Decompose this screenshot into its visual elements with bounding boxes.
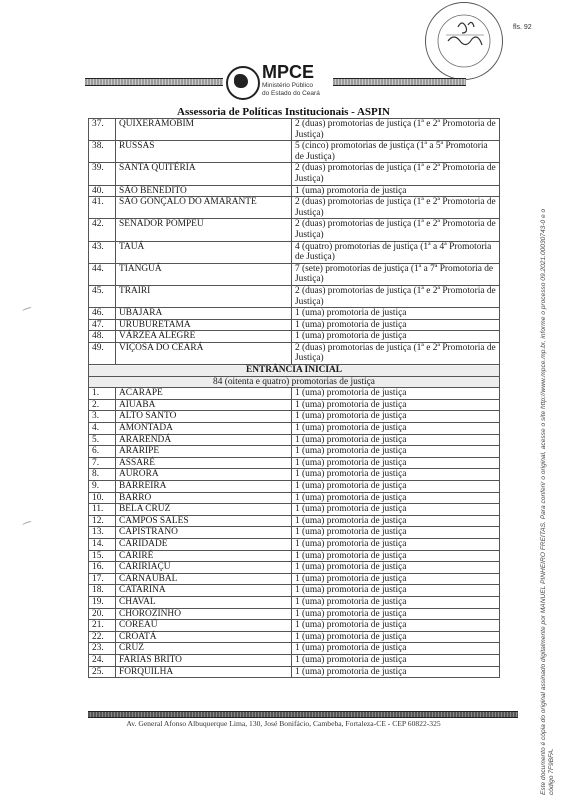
table-row: 4.AMONTADA1 (uma) promotoria de justiça xyxy=(89,423,500,435)
table-row: 5.ARARENDÁ1 (uma) promotoria de justiça xyxy=(89,434,500,446)
promotoria-count: 1 (uma) promotoria de justiça xyxy=(292,481,500,493)
table-row: 25.FORQUILHA1 (uma) promotoria de justiç… xyxy=(89,666,500,678)
row-number: 3. xyxy=(89,411,116,423)
promotoria-count: 2 (duas) promotorias de justiça (1ª e 2ª… xyxy=(292,219,500,241)
municipality-name: CARIRIAÇU xyxy=(116,562,292,574)
row-number: 23. xyxy=(89,643,116,655)
promotoria-count: 1 (uma) promotoria de justiça xyxy=(292,185,500,197)
row-number: 20. xyxy=(89,608,116,620)
stamp-signature-icon xyxy=(426,3,502,79)
row-number: 37. xyxy=(89,119,116,141)
row-number: 25. xyxy=(89,666,116,678)
municipality-name: SANTA QUITÉRIA xyxy=(116,163,292,185)
row-number: 1. xyxy=(89,388,116,400)
promotoria-count: 1 (uma) promotoria de justiça xyxy=(292,504,500,516)
signature-note-line-1: Este documento é cópia do original assin… xyxy=(540,65,548,795)
row-number: 45. xyxy=(89,285,116,307)
municipality-name: VIÇOSA DO CEARÁ xyxy=(116,342,292,364)
table-row: 1.ACARAPE1 (uma) promotoria de justiça xyxy=(89,388,500,400)
promotoria-count: 1 (uma) promotoria de justiça xyxy=(292,411,500,423)
table-row: 38.RUSSAS5 (cinco) promotorias de justiç… xyxy=(89,141,500,163)
table-row: 3.ALTO SANTO1 (uma) promotoria de justiç… xyxy=(89,411,500,423)
municipality-name: AMONTADA xyxy=(116,423,292,435)
municipality-name: CARNAUBAL xyxy=(116,573,292,585)
promotoria-count: 1 (uma) promotoria de justiça xyxy=(292,573,500,585)
promotoria-count: 2 (duas) promotorias de justiça (1ª e 2ª… xyxy=(292,342,500,364)
row-number: 24. xyxy=(89,654,116,666)
margin-mark xyxy=(22,306,32,312)
municipality-name: CAMPOS SALES xyxy=(116,515,292,527)
promotoria-count: 1 (uma) promotoria de justiça xyxy=(292,620,500,632)
section-subtitle-row: 84 (oitenta e quatro) promotorias de jus… xyxy=(89,376,500,388)
row-number: 18. xyxy=(89,585,116,597)
municipality-name: CATARINA xyxy=(116,585,292,597)
row-number: 39. xyxy=(89,163,116,185)
promotoria-count: 2 (duas) promotorias de justiça (1ª e 2ª… xyxy=(292,119,500,141)
promotorias-table: 37.QUIXERAMOBIM2 (duas) promotorias de j… xyxy=(88,118,500,678)
protocol-stamp xyxy=(425,2,503,80)
digital-signature-note: Este documento é cópia do original assin… xyxy=(540,65,556,795)
mpce-logo: MPCE Ministério Público do Estado do Cea… xyxy=(226,64,336,104)
promotoria-count: 1 (uma) promotoria de justiça xyxy=(292,550,500,562)
table-row: 14.CARIDADE1 (uma) promotoria de justiça xyxy=(89,538,500,550)
table-row: 39.SANTA QUITÉRIA2 (duas) promotorias de… xyxy=(89,163,500,185)
promotoria-count: 1 (uma) promotoria de justiça xyxy=(292,515,500,527)
municipality-name: TAUÁ xyxy=(116,241,292,263)
table-row: 8.AURORA1 (uma) promotoria de justiça xyxy=(89,469,500,481)
folio-number: fls. 92 xyxy=(513,24,532,31)
row-number: 16. xyxy=(89,562,116,574)
municipality-name: UBAJARA xyxy=(116,308,292,320)
table-row: 23.CRUZ1 (uma) promotoria de justiça xyxy=(89,643,500,655)
table-row: 37.QUIXERAMOBIM2 (duas) promotorias de j… xyxy=(89,119,500,141)
footer-address: Av. General Afonso Albuquerque Lima, 130… xyxy=(0,719,567,728)
municipality-name: VÁRZEA ALEGRE xyxy=(116,331,292,343)
municipality-name: CROATÁ xyxy=(116,631,292,643)
municipality-name: COREAÚ xyxy=(116,620,292,632)
row-number: 48. xyxy=(89,331,116,343)
scales-emblem-icon xyxy=(226,66,260,100)
municipality-name: CRUZ xyxy=(116,643,292,655)
row-number: 47. xyxy=(89,319,116,331)
promotoria-count: 1 (uma) promotoria de justiça xyxy=(292,308,500,320)
row-number: 8. xyxy=(89,469,116,481)
municipality-name: CAPISTRANO xyxy=(116,527,292,539)
section-title-row: ENTRÂNCIA INICIAL xyxy=(89,365,500,377)
municipality-name: SENADOR POMPEU xyxy=(116,219,292,241)
promotoria-count: 1 (uma) promotoria de justiça xyxy=(292,631,500,643)
promotoria-count: 1 (uma) promotoria de justiça xyxy=(292,457,500,469)
municipality-name: CARIRÉ xyxy=(116,550,292,562)
table-row: 15.CARIRÉ1 (uma) promotoria de justiça xyxy=(89,550,500,562)
promotoria-count: 2 (duas) promotorias de justiça (1ª e 2ª… xyxy=(292,285,500,307)
municipality-name: TIANGUÁ xyxy=(116,263,292,285)
municipality-name: ASSARÉ xyxy=(116,457,292,469)
table-row: 43.TAUÁ4 (quatro) promotorias de justiça… xyxy=(89,241,500,263)
row-number: 4. xyxy=(89,423,116,435)
header-rule-right xyxy=(333,78,466,86)
signature-note-line-2: código 7F9BFA. xyxy=(548,65,556,795)
table-row: 18.CATARINA1 (uma) promotoria de justiça xyxy=(89,585,500,597)
promotoria-count: 1 (uma) promotoria de justiça xyxy=(292,666,500,678)
table-row: 40.SÃO BENEDITO1 (uma) promotoria de jus… xyxy=(89,185,500,197)
row-number: 41. xyxy=(89,197,116,219)
table-row: 16.CARIRIAÇU1 (uma) promotoria de justiç… xyxy=(89,562,500,574)
promotoria-count: 1 (uma) promotoria de justiça xyxy=(292,399,500,411)
promotoria-count: 1 (uma) promotoria de justiça xyxy=(292,654,500,666)
row-number: 11. xyxy=(89,504,116,516)
table-row: 13.CAPISTRANO1 (uma) promotoria de justi… xyxy=(89,527,500,539)
table-row: 6.ARARIPE1 (uma) promotoria de justiça xyxy=(89,446,500,458)
municipality-name: ALTO SANTO xyxy=(116,411,292,423)
row-number: 15. xyxy=(89,550,116,562)
promotoria-count: 1 (uma) promotoria de justiça xyxy=(292,434,500,446)
promotoria-count: 1 (uma) promotoria de justiça xyxy=(292,585,500,597)
promotoria-count: 1 (uma) promotoria de justiça xyxy=(292,562,500,574)
table-row: 41.SÃO GONÇALO DO AMARANTE2 (duas) promo… xyxy=(89,197,500,219)
logo-subtitle-1: Ministério Público xyxy=(262,82,313,89)
municipality-name: AIUABA xyxy=(116,399,292,411)
municipality-name: ACARAPE xyxy=(116,388,292,400)
table-row: 24.FARIAS BRITO1 (uma) promotoria de jus… xyxy=(89,654,500,666)
row-number: 14. xyxy=(89,538,116,550)
municipality-name: CHAVAL xyxy=(116,596,292,608)
logo-title: MPCE xyxy=(262,62,314,83)
table-row: 48.VÁRZEA ALEGRE1 (uma) promotoria de ju… xyxy=(89,331,500,343)
promotoria-count: 1 (uma) promotoria de justiça xyxy=(292,423,500,435)
row-number: 40. xyxy=(89,185,116,197)
row-number: 7. xyxy=(89,457,116,469)
row-number: 22. xyxy=(89,631,116,643)
promotoria-count: 5 (cinco) promotorias de justiça (1ª a 5… xyxy=(292,141,500,163)
municipality-name: BARREIRA xyxy=(116,481,292,493)
table-row: 9.BARREIRA1 (uma) promotoria de justiça xyxy=(89,481,500,493)
logo-subtitle-2: do Estado do Ceará xyxy=(262,90,320,97)
table-row: 10.BARRO1 (uma) promotoria de justiça xyxy=(89,492,500,504)
table-row: 20.CHOROZINHO1 (uma) promotoria de justi… xyxy=(89,608,500,620)
footer-rule xyxy=(88,711,518,718)
promotoria-count: 1 (uma) promotoria de justiça xyxy=(292,492,500,504)
table-row: 46.UBAJARA1 (uma) promotoria de justiça xyxy=(89,308,500,320)
margin-mark xyxy=(22,520,32,526)
section-title: ENTRÂNCIA INICIAL xyxy=(89,365,500,377)
table-row: 47.URUBURETAMA1 (uma) promotoria de just… xyxy=(89,319,500,331)
table-row: 22.CROATÁ1 (uma) promotoria de justiça xyxy=(89,631,500,643)
municipality-name: ARARIPE xyxy=(116,446,292,458)
municipality-name: TRAIRI xyxy=(116,285,292,307)
municipality-name: BELA CRUZ xyxy=(116,504,292,516)
row-number: 12. xyxy=(89,515,116,527)
municipality-name: URUBURETAMA xyxy=(116,319,292,331)
page-title: Assessoria de Políticas Institucionais -… xyxy=(0,106,567,118)
row-number: 17. xyxy=(89,573,116,585)
row-number: 5. xyxy=(89,434,116,446)
row-number: 49. xyxy=(89,342,116,364)
municipality-name: BARRO xyxy=(116,492,292,504)
promotoria-count: 1 (uma) promotoria de justiça xyxy=(292,388,500,400)
table-row: 21.COREAÚ1 (uma) promotoria de justiça xyxy=(89,620,500,632)
table-row: 11.BELA CRUZ1 (uma) promotoria de justiç… xyxy=(89,504,500,516)
row-number: 21. xyxy=(89,620,116,632)
table-row: 19.CHAVAL1 (uma) promotoria de justiça xyxy=(89,596,500,608)
promotoria-count: 1 (uma) promotoria de justiça xyxy=(292,643,500,655)
header-rule-left xyxy=(85,78,223,86)
table-row: 49.VIÇOSA DO CEARÁ2 (duas) promotorias d… xyxy=(89,342,500,364)
promotoria-count: 2 (duas) promotorias de justiça (1ª e 2ª… xyxy=(292,197,500,219)
promotoria-count: 1 (uma) promotoria de justiça xyxy=(292,446,500,458)
table-row: 42.SENADOR POMPEU2 (duas) promotorias de… xyxy=(89,219,500,241)
municipality-name: RUSSAS xyxy=(116,141,292,163)
row-number: 46. xyxy=(89,308,116,320)
row-number: 19. xyxy=(89,596,116,608)
table-row: 2.AIUABA1 (uma) promotoria de justiça xyxy=(89,399,500,411)
promotoria-count: 1 (uma) promotoria de justiça xyxy=(292,319,500,331)
municipality-name: FORQUILHA xyxy=(116,666,292,678)
municipality-name: SÃO GONÇALO DO AMARANTE xyxy=(116,197,292,219)
table-row: 12.CAMPOS SALES1 (uma) promotoria de jus… xyxy=(89,515,500,527)
municipality-name: AURORA xyxy=(116,469,292,481)
promotoria-count: 7 (sete) promotorias de justiça (1ª a 7ª… xyxy=(292,263,500,285)
promotoria-count: 4 (quatro) promotorias de justiça (1ª a … xyxy=(292,241,500,263)
table-row: 45.TRAIRI2 (duas) promotorias de justiça… xyxy=(89,285,500,307)
promotoria-count: 1 (uma) promotoria de justiça xyxy=(292,538,500,550)
row-number: 38. xyxy=(89,141,116,163)
municipality-name: FARIAS BRITO xyxy=(116,654,292,666)
section-subtitle: 84 (oitenta e quatro) promotorias de jus… xyxy=(89,376,500,388)
promotoria-count: 1 (uma) promotoria de justiça xyxy=(292,469,500,481)
table-row: 17.CARNAUBAL1 (uma) promotoria de justiç… xyxy=(89,573,500,585)
row-number: 44. xyxy=(89,263,116,285)
promotoria-count: 1 (uma) promotoria de justiça xyxy=(292,596,500,608)
municipality-name: QUIXERAMOBIM xyxy=(116,119,292,141)
row-number: 6. xyxy=(89,446,116,458)
municipality-name: CHOROZINHO xyxy=(116,608,292,620)
municipality-name: SÃO BENEDITO xyxy=(116,185,292,197)
row-number: 42. xyxy=(89,219,116,241)
table-row: 44.TIANGUÁ7 (sete) promotorias de justiç… xyxy=(89,263,500,285)
row-number: 13. xyxy=(89,527,116,539)
table-row: 7.ASSARÉ1 (uma) promotoria de justiça xyxy=(89,457,500,469)
promotoria-count: 2 (duas) promotorias de justiça (1ª e 2ª… xyxy=(292,163,500,185)
row-number: 9. xyxy=(89,481,116,493)
municipality-name: ARARENDÁ xyxy=(116,434,292,446)
row-number: 2. xyxy=(89,399,116,411)
promotoria-count: 1 (uma) promotoria de justiça xyxy=(292,331,500,343)
promotoria-count: 1 (uma) promotoria de justiça xyxy=(292,527,500,539)
promotoria-count: 1 (uma) promotoria de justiça xyxy=(292,608,500,620)
municipality-name: CARIDADE xyxy=(116,538,292,550)
row-number: 10. xyxy=(89,492,116,504)
row-number: 43. xyxy=(89,241,116,263)
